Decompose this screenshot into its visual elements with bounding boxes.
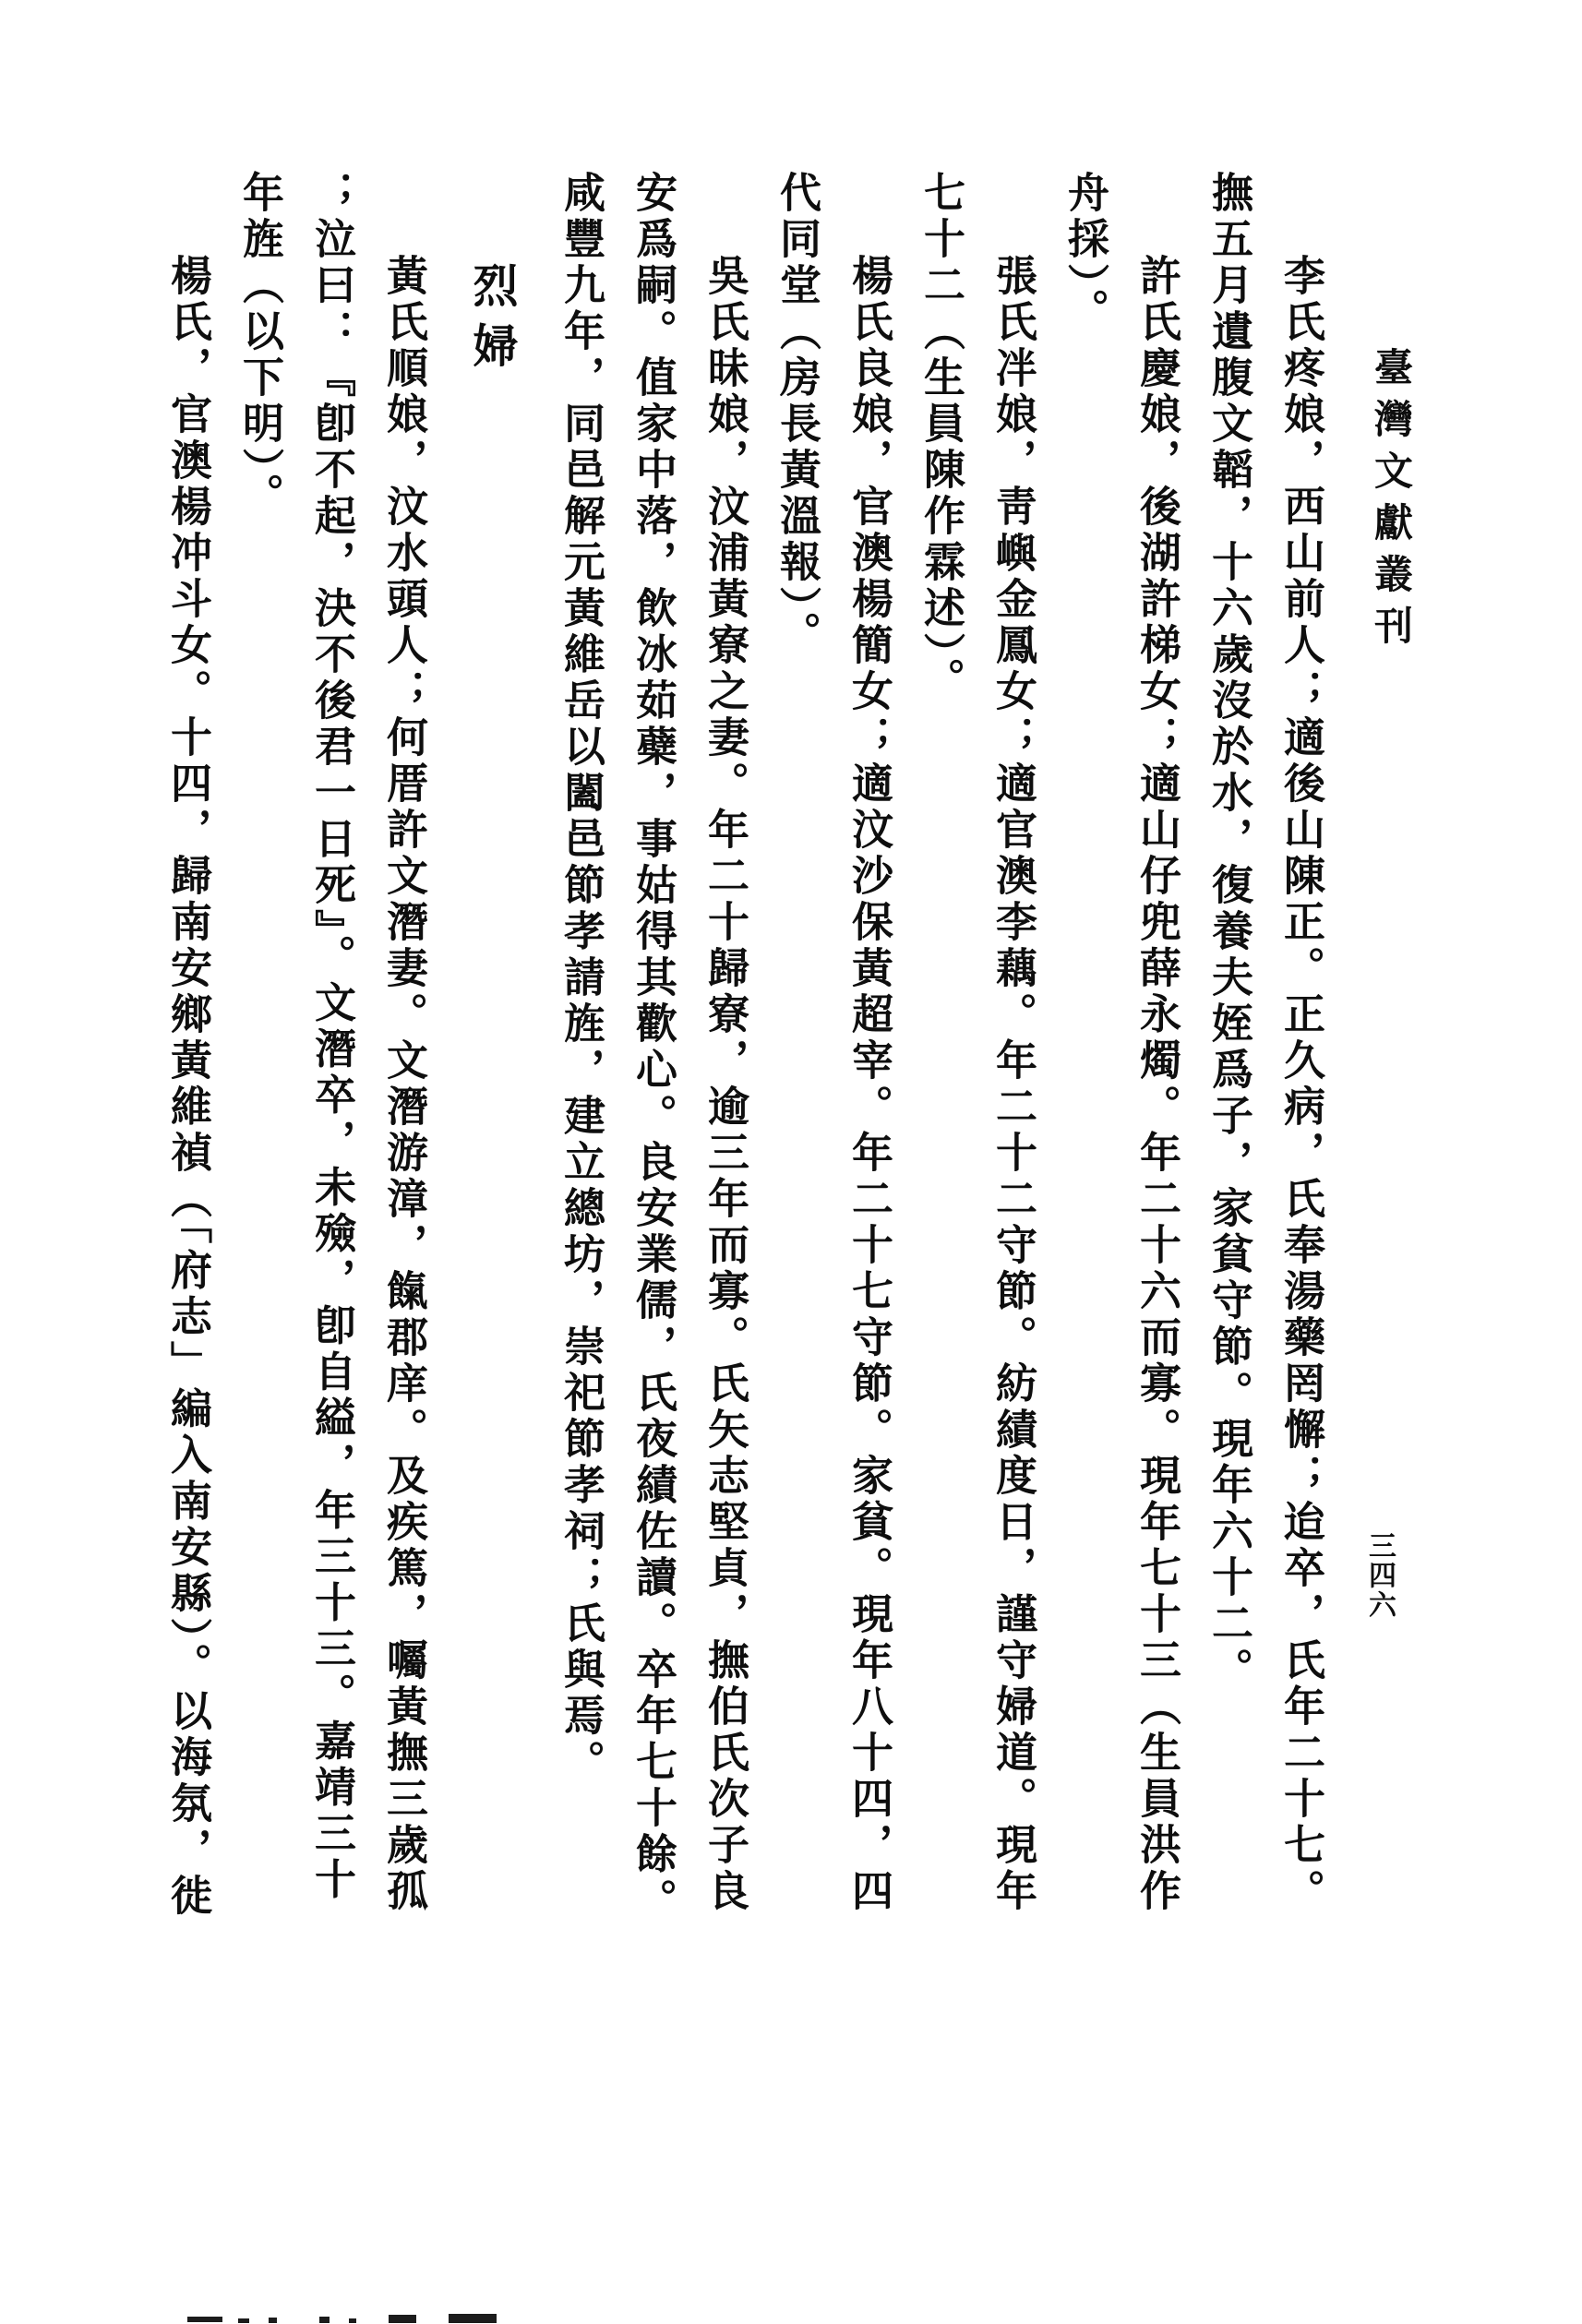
scan-artifact (238, 2318, 249, 2323)
section-heading: 烈婦 (456, 171, 528, 1935)
scanned-book-page: 臺灣文獻叢刊 三四六 李氏疼娘，西山前人；適後山陳正。正久病，氏奉湯藥罔懈；迨卒… (0, 0, 1582, 2324)
text-column: 咸豐九年，同邑解元黃維岳以闔邑節孝請旌，建立總坊，崇祀節孝祠；氏與焉。 (545, 171, 617, 1935)
scan-artifact (449, 2314, 497, 2323)
text-column: 吳氏昧娘，汶浦黃寮之妻。年二十歸寮，逾三年而寡。氏矢志堅貞，撫伯氏次子良 (689, 171, 761, 1935)
text-column: 楊氏，官澳楊冲斗女。十四，歸南安鄉黃維禎（「府志」編入南安縣）。以海氛，徙 (151, 171, 223, 1935)
text-column: 李氏疼娘，西山前人；適後山陳正。正久病，氏奉湯藥罔懈；迨卒，氏年二十七。 (1264, 171, 1336, 1935)
text-column: 年旌（以下明）。 (223, 171, 295, 1935)
series-title: 臺灣文獻叢刊 (1362, 347, 1418, 657)
scan-artifact (319, 2317, 330, 2323)
text-body: 李氏疼娘，西山前人；適後山陳正。正久病，氏奉湯藥罔懈；迨卒，氏年二十七。撫五月遺… (151, 171, 1336, 1935)
text-column: 七十二（生員陳作霖述）。 (905, 171, 977, 1935)
text-column: 張氏冸娘，靑嶼金鳳女；適官澳李藕。年二十二守節。紡績度日，謹守婦道。現年 (977, 171, 1049, 1935)
scan-artifact (349, 2318, 356, 2323)
text-column: 安爲嗣。值家中落，飲冰茹蘗，事姑得其歡心。良安業儒，氏夜績佐讀。卒年七十餘。 (617, 171, 689, 1935)
scan-artifact (389, 2315, 416, 2323)
scan-artifact (269, 2318, 277, 2323)
page-number: 三四六 (1359, 1531, 1399, 1620)
text-column: 楊氏良娘，官澳楊簡女；適汶沙保黃超宰。年二十七守節。家貧。現年八十四，四 (833, 171, 905, 1935)
scan-artifact (187, 2317, 222, 2322)
text-column: 許氏慶娘，後湖許梯女；適山仔兜薛永燭。年二十六而寡。現年七十三（生員洪作 (1121, 171, 1192, 1935)
text-column: 黃氏順娘，汶水頭人；何厝許文潛妻。文潛游漳，餼郡庠。及疾篤，囑黃撫三歲孤 (367, 171, 439, 1935)
text-column: 代同堂（房長黃溫報）。 (761, 171, 833, 1935)
text-column: ；泣曰：『卽不起，決不後君一日死』。文潛卒，未殮，卽自縊，年三十三。嘉靖三十 (295, 171, 367, 1935)
text-column: 舟採）。 (1049, 171, 1121, 1935)
text-column: 撫五月遺腹文韜，十六歲沒於水，復養夫姪爲子，家貧守節。現年六十二。 (1192, 171, 1264, 1935)
